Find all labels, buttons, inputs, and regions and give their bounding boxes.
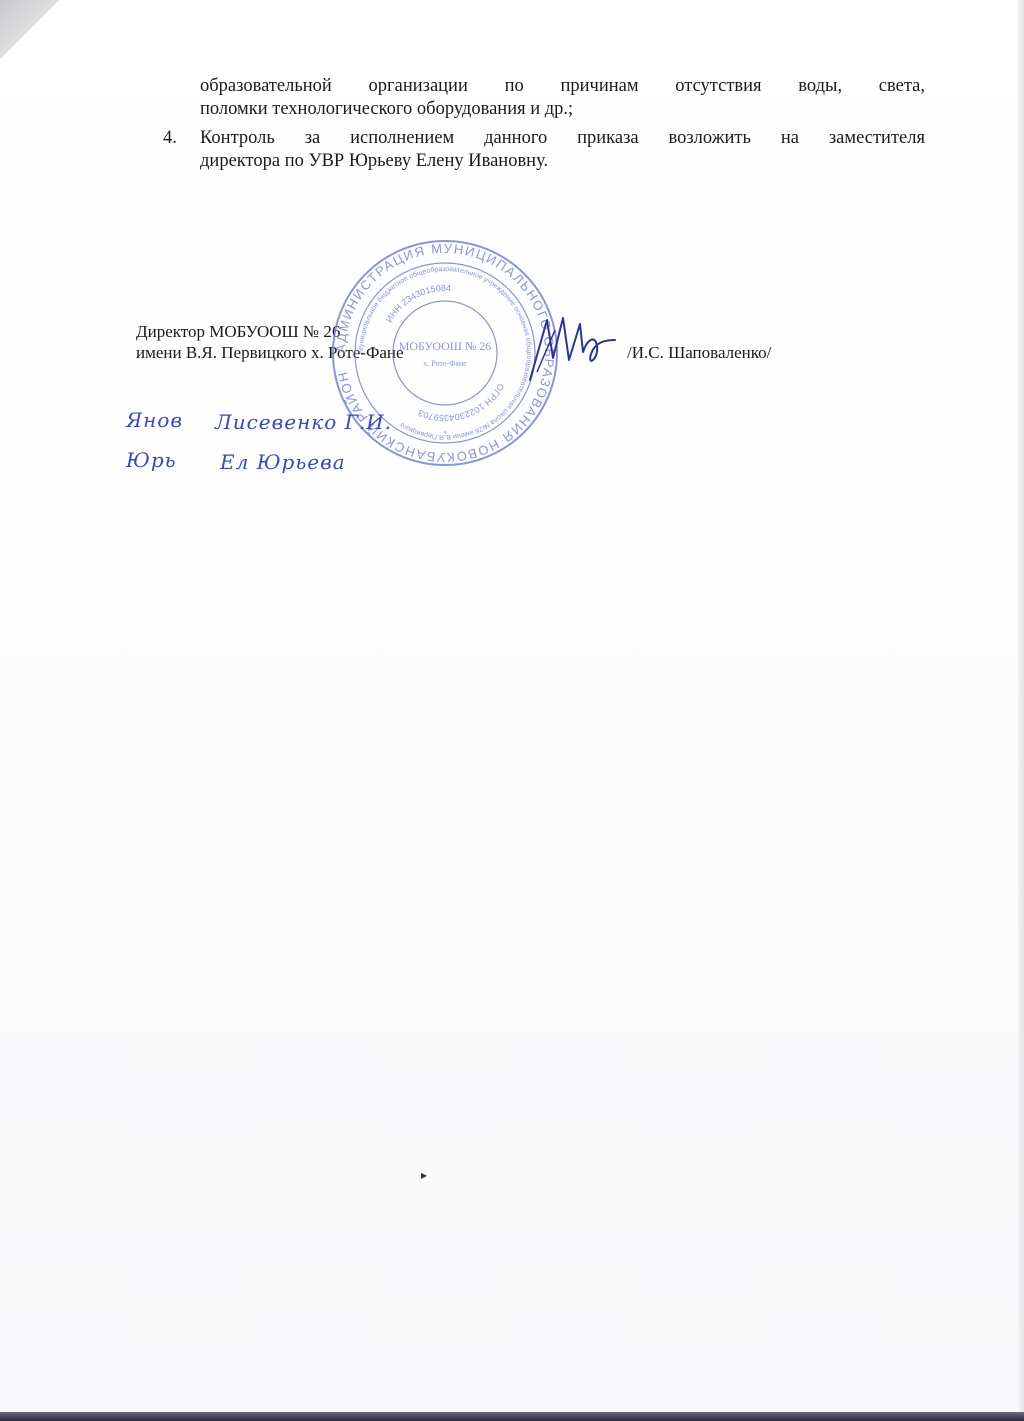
folded-corner (0, 0, 60, 70)
signatory-name: /И.С. Шаповаленко/ (627, 342, 771, 363)
director-signature (525, 310, 620, 385)
stamp-center-location: х. Роте-Фане (423, 359, 467, 368)
stamp-center-title: МОБУООШ № 26 (399, 339, 492, 353)
svg-text:*: * (443, 429, 447, 438)
acknowledgement-signature: Янов (126, 408, 183, 432)
acknowledgement-signature: Юрь (126, 448, 177, 472)
acknowledgement-name: Ел Юрьева (220, 450, 346, 474)
list-item-text: Контроль за исполнением данного приказа … (200, 127, 925, 150)
signatory-position: Директор МОБУООШ № 26 (136, 321, 340, 342)
scanner-border (0, 1412, 1024, 1421)
scan-artifact: ▸ (421, 1168, 427, 1183)
paragraph-line: образовательной организации по причинам … (200, 75, 925, 98)
acknowledgement-name: Лисевенко Г.И. (215, 410, 392, 434)
list-item-text: директора по УВР Юрьеву Елену Ивановну. (200, 150, 925, 173)
page-edge (1018, 0, 1024, 1412)
list-item-number: 4. (163, 127, 193, 150)
scanned-page: образовательной организации по причинам … (0, 0, 1024, 1412)
paragraph-line: поломки технологического оборудования и … (200, 98, 925, 121)
